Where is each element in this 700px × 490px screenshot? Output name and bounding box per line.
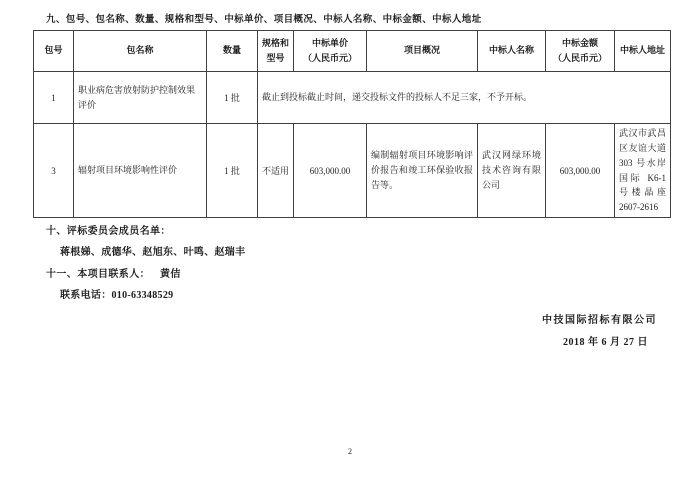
package-no-cell: 3: [34, 124, 74, 218]
project-overview-cell: 编制辐射项目环境影响评价报告和竣工环保验收报告等。: [367, 124, 478, 218]
contact-person-label: 十一、本项目联系人：: [46, 269, 150, 280]
package-no-cell: 1: [34, 72, 74, 124]
col-header-spec-model: 规格和 型号: [258, 31, 294, 72]
award-amount-cell: 603,000.00: [546, 124, 615, 218]
col-header-award-amount: 中标金额 （人民币元）: [546, 31, 615, 72]
section-10-heading: 十、评标委员会成员名单：: [46, 222, 171, 237]
phone-label: 联系电话：: [60, 290, 112, 301]
package-name-cell: 职业病危害放射防护控制效果评价: [74, 72, 207, 124]
package-name-cell: 辐射项目环境影响性评价: [74, 124, 207, 218]
table-header-row: 包号 包名称 数量 规格和 型号 中标单价 （人民币元） 项目概况 中标人名称 …: [34, 31, 671, 72]
section-11-heading: 十一、本项目联系人：黄佶: [46, 265, 181, 280]
col-header-winner-name: 中标人名称: [478, 31, 546, 72]
col-header-package-no: 包号: [34, 31, 74, 72]
award-results-table: 包号 包名称 数量 规格和 型号 中标单价 （人民币元） 项目概况 中标人名称 …: [33, 30, 671, 218]
unit-price-cell: 603,000.00: [294, 124, 367, 218]
section-9-heading: 九、包号、包名称、数量、规格和型号、中标单价、项目概况、中标人名称、中标金额、中…: [46, 11, 482, 25]
winner-name-cell: 武汉网绿环境技术咨询有限公司: [478, 124, 546, 218]
no-award-note-cell: 截止到投标截止时间，递交投标文件的投标人不足三家，不予开标。: [258, 72, 671, 124]
contact-person-name: 黄佶: [160, 269, 181, 280]
col-header-project-overview: 项目概况: [367, 31, 478, 72]
col-header-winner-address: 中标人地址: [615, 31, 671, 72]
table-row-package-1: 1 职业病危害放射防护控制效果评价 1 批 截止到投标截止时间，递交投标文件的投…: [34, 72, 671, 124]
quantity-cell: 1 批: [207, 124, 258, 218]
winner-address-cell: 武汉市武昌区友谊大道 303 号水岸国际 K6-1 号楼晶座 2607-2616: [615, 124, 671, 218]
spec-model-cell: 不适用: [258, 124, 294, 218]
page-number: 2: [0, 447, 700, 456]
col-header-quantity: 数量: [207, 31, 258, 72]
contact-phone-line: 联系电话：010-63348529: [60, 286, 173, 301]
document-page: 九、包号、包名称、数量、规格和型号、中标单价、项目概况、中标人名称、中标金额、中…: [0, 0, 700, 490]
agency-company-name: 中技国际招标有限公司: [542, 311, 657, 326]
document-date: 2018 年 6 月 27 日: [563, 333, 648, 348]
committee-members-list: 蒋根娣、成德华、赵旭东、叶鸣、赵瑞丰: [60, 243, 245, 258]
col-header-package-name: 包名称: [74, 31, 207, 72]
phone-number: 010-63348529: [112, 290, 174, 301]
quantity-cell: 1 批: [207, 72, 258, 124]
col-header-winning-unit-price: 中标单价 （人民币元）: [294, 31, 367, 72]
table-row-package-3: 3 辐射项目环境影响性评价 1 批 不适用 603,000.00 编制辐射项目环…: [34, 124, 671, 218]
